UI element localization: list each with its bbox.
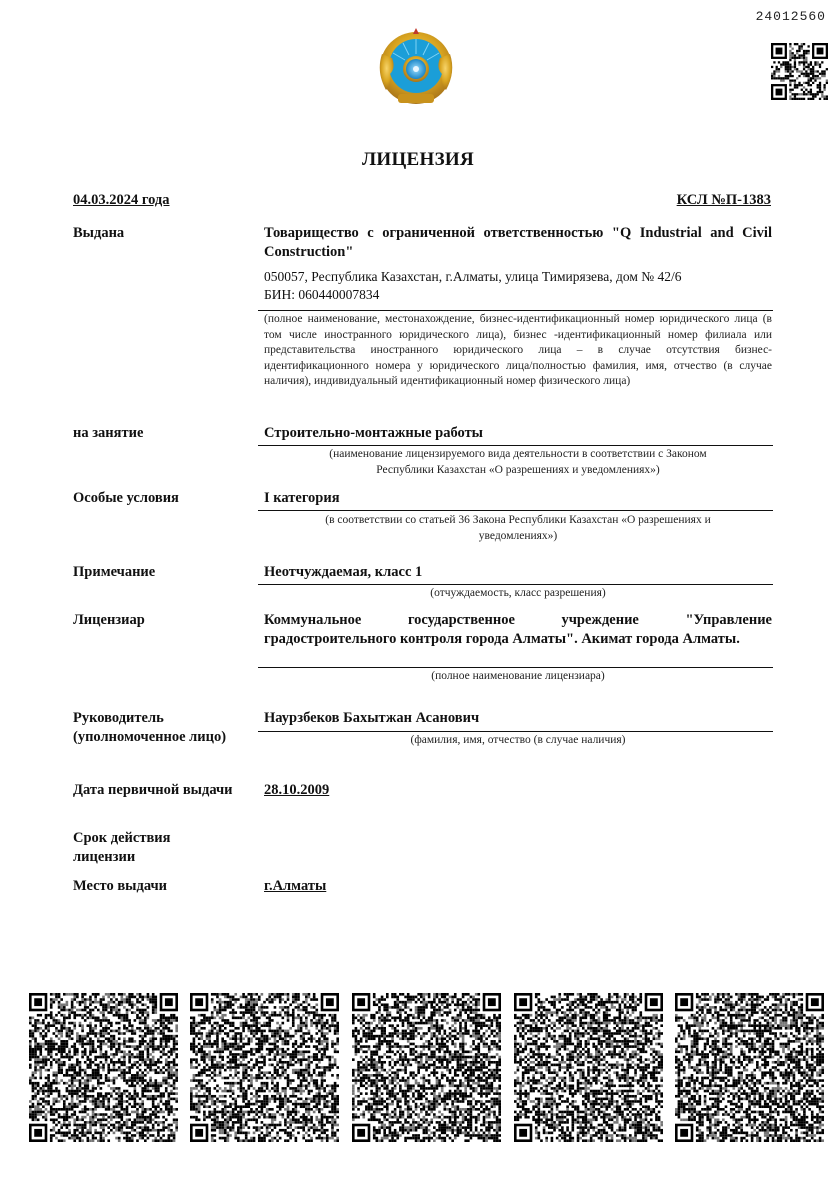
license-number: КСЛ №П-1383 xyxy=(677,192,771,209)
divider xyxy=(258,731,773,732)
divider xyxy=(258,310,773,311)
issued-to-bin: БИН: 060440007834 xyxy=(264,286,772,304)
special-conditions-hint-line2: уведомлениях») xyxy=(264,529,772,545)
place-of-issue-label: Место выдачи xyxy=(73,877,167,896)
divider xyxy=(258,667,773,668)
qr-code-icon xyxy=(352,993,501,1142)
qr-code-icon xyxy=(190,993,339,1142)
special-conditions-label: Особые условия xyxy=(73,489,179,508)
qr-code-icon xyxy=(29,993,178,1142)
issued-to-value: Товарищество с ограниченной ответственно… xyxy=(264,224,772,262)
validity-label-line2: лицензии xyxy=(73,848,135,867)
licensor-hint: (полное наименование лицензиара) xyxy=(264,669,772,685)
qr-code-3 xyxy=(352,993,501,1142)
special-conditions-value: I категория xyxy=(264,489,772,508)
divider xyxy=(258,445,773,446)
head-value: Наурзбеков Бахытжан Асанович xyxy=(264,709,772,728)
divider xyxy=(258,584,773,585)
issued-to-label: Выдана xyxy=(73,224,124,243)
head-label-line2: (уполномоченное лицо) xyxy=(73,728,226,747)
note-value: Неотчуждаемая, класс 1 xyxy=(264,563,772,582)
document-title: ЛИЦЕНЗИЯ xyxy=(0,149,836,171)
issued-to-address: 050057, Республика Казахстан, г.Алматы, … xyxy=(264,268,772,286)
activity-label: на занятие xyxy=(73,424,143,443)
licensor-value: Коммунальное государственное учреждение … xyxy=(264,611,772,649)
head-hint: (фамилия, имя, отчество (в случае наличи… xyxy=(264,733,772,749)
qr-code-icon xyxy=(514,993,663,1142)
issue-date: 04.03.2024 года xyxy=(73,192,170,209)
activity-hint-line2: Республики Казахстан «О разрешениях и ув… xyxy=(264,463,772,479)
activity-hint-line1: (наименование лицензируемого вида деятел… xyxy=(264,447,772,463)
qr-code-icon xyxy=(675,993,824,1142)
divider xyxy=(258,510,773,511)
head-label-line1: Руководитель xyxy=(73,709,164,728)
first-issue-date-label: Дата первичной выдачи xyxy=(73,781,233,800)
issued-to-hint: (полное наименование, местонахождение, б… xyxy=(264,312,772,390)
qr-code-1 xyxy=(29,993,178,1142)
place-of-issue-value: г.Алматы xyxy=(264,877,772,896)
kazakhstan-state-emblem-icon xyxy=(370,24,462,112)
validity-label-line1: Срок действия xyxy=(73,829,170,848)
first-issue-date-value: 28.10.2009 xyxy=(264,781,772,800)
qr-code-2 xyxy=(190,993,339,1142)
qr-code-5 xyxy=(675,993,824,1142)
special-conditions-hint-line1: (в соответствии со статьей 36 Закона Рес… xyxy=(264,513,772,529)
note-hint: (отчуждаемость, класс разрешения) xyxy=(264,586,772,602)
licensor-label: Лицензиар xyxy=(73,611,145,630)
activity-value: Строительно-монтажные работы xyxy=(264,424,772,443)
qr-code-4 xyxy=(514,993,663,1142)
document-number: 24012560 xyxy=(756,9,826,24)
note-label: Примечание xyxy=(73,563,155,582)
qr-code-icon xyxy=(771,43,828,100)
